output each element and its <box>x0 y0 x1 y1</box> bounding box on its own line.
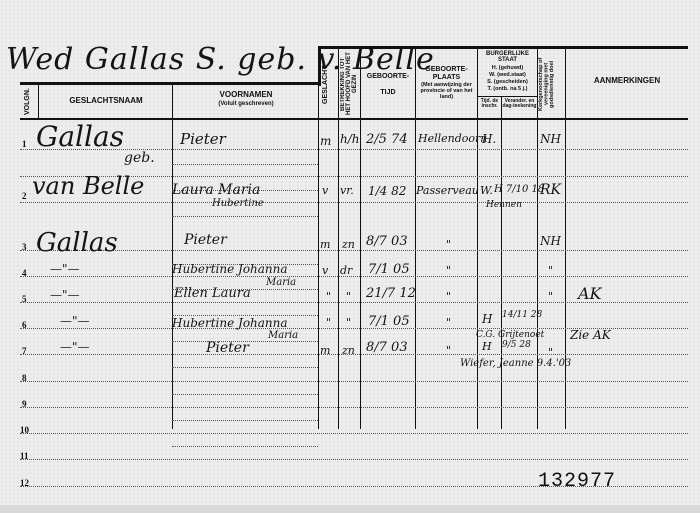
col-line-betrekking <box>360 48 361 429</box>
header-top-rule <box>20 82 320 85</box>
entry-place: Hellendoorn <box>418 132 487 145</box>
entry-place: " <box>446 238 451 251</box>
entry-sex: m <box>320 134 331 148</box>
entry-sex: m <box>320 344 330 357</box>
entry-religion: NH <box>540 234 561 248</box>
entry-surname: —"— <box>50 262 80 276</box>
entry-place: " <box>446 316 451 329</box>
header-bs-s: S. (gescheiden) <box>478 80 537 86</box>
header-bs-h: H. (gehuwd) <box>478 66 537 72</box>
header-kerkgenootschap: Kerkgenootschap of vereeniging met godsd… <box>539 52 564 116</box>
col-line-name <box>172 84 173 429</box>
entry-given-2: Hubertine <box>212 198 264 209</box>
header-voornamen-sub: (Voluit geschreven) <box>174 101 318 107</box>
row-rule <box>20 407 688 408</box>
row-number: 12 <box>20 478 29 488</box>
entry-surname: —"— <box>50 288 80 302</box>
entry-given: Hubertine Johanna <box>172 262 288 276</box>
entry-given-2: Maria <box>268 330 298 341</box>
header-bs-w: W. (wed.staat) <box>478 73 537 79</box>
row-rule <box>20 459 688 460</box>
entry-relation: h/h <box>340 132 360 146</box>
header-geboorteplaats-1: GEBOORTE- <box>416 66 477 73</box>
row-rule <box>20 276 688 277</box>
row-number: 9 <box>22 399 27 409</box>
entry-bs-change: 9/5 28 <box>502 340 531 350</box>
entry-birth: 2/5 74 <box>366 132 408 147</box>
entry-birth: 7/1 05 <box>368 262 410 277</box>
entry-bs-change-2: Hennen <box>486 200 522 210</box>
header-burgerlijke-staat: BURGERLIJKE STAAT <box>478 51 537 64</box>
entry-bs: H. <box>482 132 496 146</box>
header-geslacht: GESLACHT <box>322 54 336 116</box>
entry-birth: 8/7 03 <box>366 234 408 249</box>
row-subrule <box>172 164 318 165</box>
row-number: 3 <box>22 242 27 252</box>
entry-bs-change: H 7/10 18 <box>494 184 544 195</box>
entry-surname: —"— <box>60 340 90 354</box>
entry-surname: van Belle <box>32 172 144 200</box>
header-bs-tijd: Tijd. de inschr. <box>478 99 501 110</box>
row-subrule <box>172 394 318 395</box>
header-bs-verander: Verander. en dag-teekening <box>502 99 537 110</box>
entry-given: Ellen Laura <box>174 286 251 301</box>
row-number: 11 <box>20 451 29 461</box>
entry-religion: " <box>548 290 553 303</box>
col-line-voornamen <box>318 84 319 429</box>
entry-place: " <box>446 290 451 303</box>
entry-relation: zn <box>342 344 355 357</box>
col-line-bs-split <box>501 96 502 429</box>
entry-sex: v <box>322 264 328 277</box>
header-volgn: VOLGN. <box>24 88 36 116</box>
entry-given: Pieter <box>180 130 226 148</box>
header-voornamen: VOORNAMEN <box>174 91 318 99</box>
row-number: 8 <box>22 373 27 383</box>
row-subrule <box>172 446 318 447</box>
row-number: 10 <box>20 425 29 435</box>
row-rule <box>20 433 688 434</box>
entry-religion: RK <box>540 182 561 198</box>
entry-birth: 1/4 82 <box>368 184 406 198</box>
header-geboortetijd-2: TIJD <box>361 89 415 96</box>
entry-birth: 21/7 12 <box>366 286 416 301</box>
row-number: 4 <box>22 268 27 278</box>
entry-given: Laura Maria <box>172 182 260 198</box>
entry-remarks: Zie AK <box>570 328 611 342</box>
entry-relation: dr <box>340 264 352 277</box>
entry-relation: " <box>346 316 351 329</box>
entry-remarks: AK <box>578 284 602 303</box>
entry-place: " <box>446 344 451 357</box>
entry-bs: H <box>482 340 492 353</box>
header-geslachtsnaam: GESLACHTSNAAM <box>40 97 172 105</box>
row-number: 1 <box>22 139 27 149</box>
header-step-rule <box>318 46 321 86</box>
col-line-kerk <box>565 48 566 429</box>
header-top-rule-right <box>318 46 688 49</box>
entry-sex: " <box>326 316 331 329</box>
row-rule <box>20 381 688 382</box>
header-geboorteplaats-sub: (Met aanwijzing der provincie of van het… <box>418 83 475 100</box>
entry-religion: NH <box>540 132 561 146</box>
entry-sex: v <box>322 184 328 197</box>
entry-given-2: Maria <box>266 277 296 288</box>
row-rule <box>20 202 688 203</box>
entry-given: Hubertine Johanna <box>172 316 288 330</box>
entry-surname: —"— <box>60 314 90 328</box>
entry-relation: " <box>346 290 351 303</box>
header-geboorteplaats-2: PLAATS <box>416 74 477 81</box>
bs-sub-rule <box>477 96 537 97</box>
entry-religion: " <box>548 346 553 359</box>
entry-surname: Gallas <box>36 120 124 153</box>
row-subrule <box>172 367 318 368</box>
register-card: Wed Gallas S. geb. v. Belle VOLGN. GESLA… <box>0 0 700 505</box>
header-aanmerkingen: AANMERKINGEN <box>566 77 688 85</box>
entry-bs-change: 14/11 28 <box>502 310 542 320</box>
row-number: 6 <box>22 320 27 330</box>
header-betrekking: BETREKKING TOT HET HOOFD VAN HET GEZIN <box>340 52 359 116</box>
entry-birth: 8/7 03 <box>366 340 408 355</box>
entry-bs: H <box>482 312 492 326</box>
entry-relation: zn <box>342 238 355 251</box>
row-subrule <box>172 420 318 421</box>
entry-bs-change-2: C.G. Grijtenoet <box>476 330 544 340</box>
row-number: 5 <box>22 294 27 304</box>
row-number: 7 <box>22 346 27 356</box>
registry-number: 132977 <box>538 470 616 493</box>
row-number: 2 <box>22 191 27 201</box>
col-line-geboortetijd <box>415 48 416 429</box>
entry-given: Pieter <box>206 340 249 356</box>
header-geboortetijd-1: GEBOORTE- <box>361 73 415 80</box>
col-line-geslacht <box>338 48 339 429</box>
entry-sex: " <box>326 290 331 303</box>
entry-surname-prefix: geb. <box>124 150 155 166</box>
entry-place: Passerveau <box>416 184 479 197</box>
entry-bs: W. <box>480 184 493 197</box>
entry-relation: vr. <box>340 184 354 197</box>
entry-given: Pieter <box>184 232 227 248</box>
entry-surname: Gallas <box>36 228 118 258</box>
entry-bs-change-2: Wiefer, Jeanne 9.4.'03 <box>460 358 571 369</box>
entry-place: " <box>446 264 451 277</box>
entry-religion: " <box>548 264 553 277</box>
col-line-volgn <box>38 84 39 119</box>
row-subrule <box>172 216 318 217</box>
entry-birth: 7/1 05 <box>368 314 410 329</box>
entry-sex: m <box>320 238 330 251</box>
header-bs-t: T. (ontb. na 5 j.) <box>478 87 537 93</box>
